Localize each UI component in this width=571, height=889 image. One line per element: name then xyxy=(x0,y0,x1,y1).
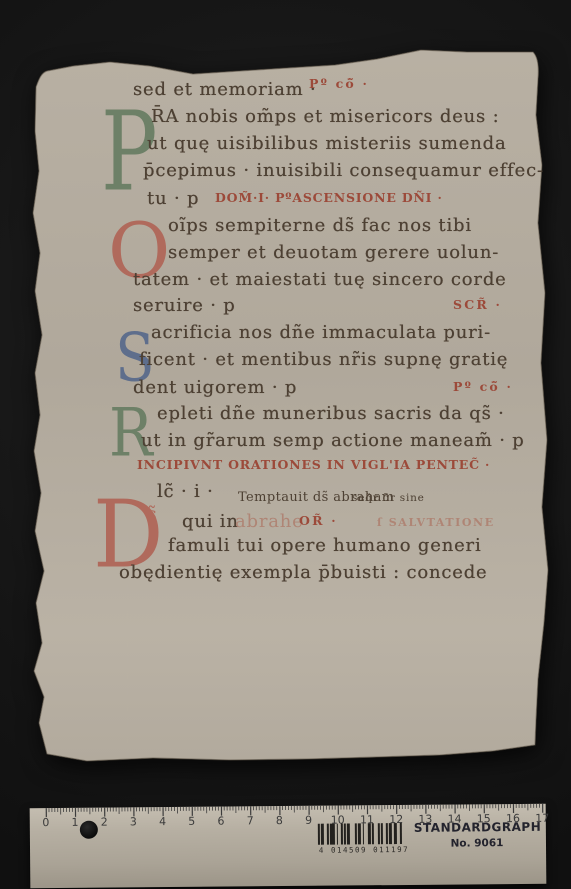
ruler-number: 1 xyxy=(71,816,78,829)
ruler: 01234567891011121314151617 4 014509 0111… xyxy=(30,804,547,888)
ruler-brand: STANDARDGRAPH xyxy=(414,820,540,835)
ruler-number: 3 xyxy=(130,815,137,828)
text-segment: INCIPIVNT ORATIONES IN VIGL'IA PENTEC̃ · xyxy=(137,459,490,472)
text-segment: obędientię exempla p̄buisti : concede xyxy=(119,564,488,582)
ruler-number: 0 xyxy=(42,816,49,829)
text-segment: ficent · et mentibus nr̃is supnę gratię xyxy=(139,351,508,369)
text-segment: p̄cepimus · inuisibili consequamur effec… xyxy=(143,162,544,180)
text-segment: epleti dñe muneribus sacris da qs̃ · xyxy=(157,405,505,423)
text-segment: OR̃ · xyxy=(299,515,338,528)
manuscript-text-layer: sed et memoriam ·Pº cō̃ ·R̄A nobis om̃ps… xyxy=(25,45,550,767)
ruler-branding: STANDARDGRAPH No. 9061 xyxy=(414,820,540,850)
ruler-number: 7 xyxy=(247,814,254,827)
ruler-number: 5 xyxy=(188,815,195,828)
text-segment: R̄A nobis om̃ps et misericors deus : xyxy=(151,108,499,126)
text-segment: semper et deuotam gerere uolun- xyxy=(168,244,499,262)
text-segment: abrahe xyxy=(235,513,304,531)
text-segment: ſ SALVTATIONE xyxy=(377,517,495,528)
text-segment: seq̃r õr sine xyxy=(352,493,425,504)
text-segment: ut quę uisibilibus misteriis sumenda xyxy=(147,135,506,153)
barcode-bars xyxy=(318,823,403,845)
ruler-hole xyxy=(80,821,98,839)
text-segment: lc̃ · i · xyxy=(157,483,214,501)
manuscript-page: POSRDs̃ sed et memoriam ·Pº cō̃ ·R̄A nob… xyxy=(25,45,550,767)
barcode: 4 014509 011197 xyxy=(316,823,412,856)
text-segment: seruire · p xyxy=(133,297,236,315)
ruler-number: 6 xyxy=(217,815,224,828)
ruler-number: 9 xyxy=(305,814,312,827)
text-segment: sed et memoriam · xyxy=(133,81,317,99)
text-segment: tatem · et maiestati tuę sincero corde xyxy=(133,271,507,289)
text-segment: dent uigorem · p xyxy=(133,379,297,397)
ruler-number: 8 xyxy=(276,814,283,827)
barcode-digits: 4 014509 011197 xyxy=(316,845,412,855)
text-segment: qui in xyxy=(182,513,239,531)
text-segment: DOM̃·I· PºASCENSIONE DÑI · xyxy=(215,192,443,205)
ruler-number: 4 xyxy=(159,815,166,828)
photograph: POSRDs̃ sed et memoriam ·Pº cō̃ ·R̄A nob… xyxy=(0,0,571,889)
text-segment: famuli tui opere humano generi xyxy=(168,537,482,555)
text-segment: ut in gr̃arum semp actione maneam̃ · p xyxy=(141,432,525,450)
text-segment: oĩps sempiterne ds̃ fac nos tibi xyxy=(168,217,472,235)
text-segment: Pº cō̃ · xyxy=(309,78,369,91)
ruler-model: No. 9061 xyxy=(414,837,540,850)
text-segment: acrificia nos dñe immaculata puri- xyxy=(151,324,491,342)
ruler-number: 2 xyxy=(101,816,108,829)
text-segment: tu · p xyxy=(147,190,199,208)
text-segment: SCR̃ · xyxy=(453,299,502,312)
text-segment: Pº cō̃ · xyxy=(453,381,513,394)
